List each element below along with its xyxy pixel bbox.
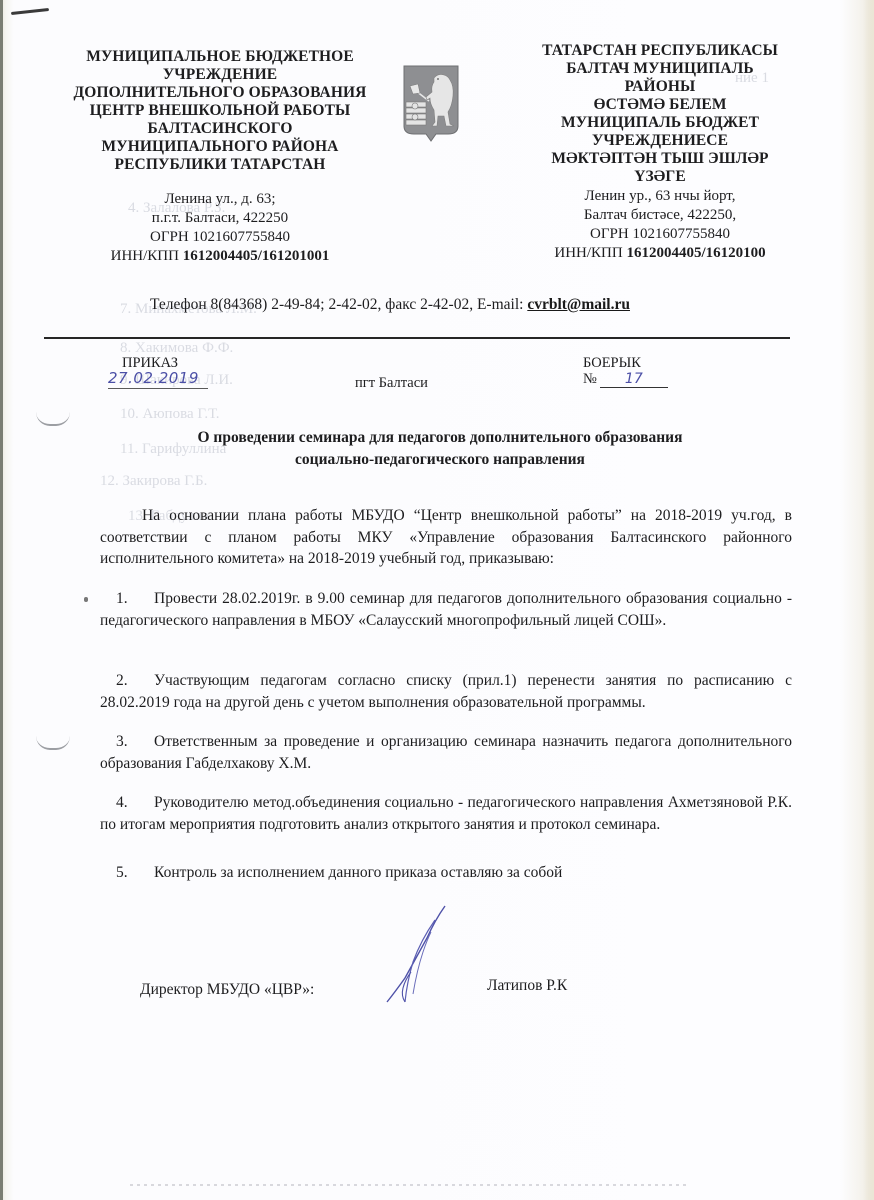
org-name-line: МУНИЦИПАЛЬНОЕ БЮДЖЕТНОЕ bbox=[40, 48, 400, 66]
scan-staple-mark bbox=[11, 8, 49, 15]
org-name-line: УЧРЕЖДЕНИЕСЕ bbox=[510, 132, 810, 150]
org-name-line: ҮЗӘГЕ bbox=[510, 168, 810, 186]
title-line: О проведении семинара для педагогов допо… bbox=[130, 427, 750, 449]
item-number: 2. bbox=[100, 670, 138, 692]
order-item-2: 2.Участвующим педагогам согласно списку … bbox=[100, 670, 792, 713]
address-line: Балтач бистәсе, 422250, bbox=[510, 206, 810, 225]
scanned-page: 4. Залалова Р.З. 7. Минахметова Л.М. 8. … bbox=[0, 0, 874, 1200]
org-name-line: РЕСПУБЛИКИ ТАТАРСТАН bbox=[40, 156, 400, 174]
org-address: Ленина ул., д. 63; п.г.т. Балтаси, 42225… bbox=[40, 190, 400, 266]
item-number: 5. bbox=[100, 862, 138, 884]
item-text: Участвующим педагогам согласно списку (п… bbox=[100, 672, 792, 711]
order-item-5: 5.Контроль за исполнением данного приказ… bbox=[100, 862, 792, 884]
scan-bottom-noise bbox=[130, 1184, 690, 1186]
inn-label: ИНН/КПП bbox=[554, 245, 626, 261]
org-name-line: МӘКТӘПТӘН ТЫШ ЭШЛӘР bbox=[510, 150, 810, 168]
order-number: №17 bbox=[583, 371, 668, 388]
signatory-role: Директор МБУДО «ЦВР»: bbox=[140, 981, 314, 999]
scan-left-edge bbox=[0, 0, 3, 1200]
header-right-tatar: ТАТАРСТАН РЕСПУБЛИКАСЫ БАЛТАЧ МУНИЦИПАЛЬ… bbox=[510, 42, 810, 263]
punch-hole-mark bbox=[36, 736, 70, 750]
signatory-name: Латипов Р.К bbox=[487, 977, 567, 995]
org-name-line: ДОПОЛНИТЕЛЬНОГО ОБРАЗОВАНИЯ bbox=[40, 84, 400, 102]
order-item-1: 1.Провести 28.02.2019г. в 9.00 семинар д… bbox=[100, 588, 792, 631]
item-text: Руководителю метод.объединения социально… bbox=[100, 794, 792, 833]
scan-speck bbox=[84, 597, 88, 602]
order-item-3: 3.Ответственным за проведение и организа… bbox=[100, 731, 792, 774]
org-name-line: ӨСТӘМӘ БЕЛЕМ bbox=[510, 96, 810, 114]
inn-value: 1612004405/16120100 bbox=[626, 245, 765, 261]
org-name-line: ТАТАРСТАН РЕСПУБЛИКАСЫ bbox=[510, 42, 810, 60]
ogrn-line: ОГРН 1021607755840 bbox=[40, 228, 400, 247]
contact-line: Телефон 8(84368) 2-49-84; 2-42-02, факс … bbox=[150, 296, 630, 314]
org-name-line: ЦЕНТР ВНЕШКОЛЬНОЙ РАБОТЫ bbox=[40, 102, 400, 120]
org-address: Ленин ур., 63 нчы йорт, Балтач бистәсе, … bbox=[510, 187, 810, 263]
bleed-through-text: 10. Аюпова Г.Т. bbox=[120, 406, 220, 423]
order-item-4: 4.Руководителю метод.объединения социаль… bbox=[100, 792, 792, 835]
org-name-line: УЧРЕЖДЕНИЕ bbox=[40, 66, 400, 84]
inn-value: 1612004405/161201001 bbox=[183, 248, 330, 264]
title-line: социально-педагогического направления bbox=[130, 449, 750, 471]
inn-label: ИНН/КПП bbox=[111, 248, 183, 264]
item-text: Ответственным за проведение и организаци… bbox=[100, 733, 792, 772]
ogrn-line: ОГРН 1021607755840 bbox=[510, 225, 810, 244]
org-name-line: МУНИЦИПАЛЬНОГО РАЙОНА bbox=[40, 138, 400, 156]
coat-of-arms-bear-with-axe-icon bbox=[402, 64, 460, 142]
address-line: Ленин ур., 63 нчы йорт, bbox=[510, 187, 810, 206]
order-place: пгт Балтаси bbox=[355, 375, 428, 392]
org-name-line: БАЛТАЧ МУНИЦИПАЛЬ bbox=[510, 60, 810, 78]
address-line: Ленина ул., д. 63; bbox=[40, 190, 400, 209]
order-number-handwritten: 17 bbox=[600, 371, 668, 388]
inn-line: ИНН/КПП 1612004405/16120100 bbox=[510, 244, 810, 263]
scan-right-edge bbox=[864, 0, 874, 1200]
item-number: 3. bbox=[100, 731, 138, 753]
item-text: Контроль за исполнением данного приказа … bbox=[154, 864, 562, 881]
item-number: 1. bbox=[100, 588, 138, 610]
order-label-tt: БОЕРЫК bbox=[583, 355, 641, 372]
document-title: О проведении семинара для педагогов допо… bbox=[130, 427, 750, 471]
org-name-line: РАЙОНЫ bbox=[510, 78, 810, 96]
header-divider bbox=[44, 337, 790, 339]
contact-phones: Телефон 8(84368) 2-49-84; 2-42-02, факс … bbox=[150, 296, 527, 313]
item-text: Провести 28.02.2019г. в 9.00 семинар для… bbox=[100, 590, 792, 629]
handwritten-signature-icon bbox=[355, 900, 465, 1010]
bleed-through-text: 12. Закирова Г.Б. bbox=[100, 473, 207, 490]
header-left-russian: МУНИЦИПАЛЬНОЕ БЮДЖЕТНОЕ УЧРЕЖДЕНИЕ ДОПОЛ… bbox=[40, 48, 400, 266]
order-date-handwritten: 27.02.2019 bbox=[108, 369, 208, 389]
punch-hole-mark bbox=[36, 412, 70, 426]
org-name-line: БАЛТАСИНСКОГО bbox=[40, 120, 400, 138]
number-sign: № bbox=[583, 371, 597, 387]
contact-email-link[interactable]: cvrblt@mail.ru bbox=[527, 296, 630, 313]
address-line: п.г.т. Балтаси, 422250 bbox=[40, 209, 400, 228]
item-number: 4. bbox=[100, 792, 138, 814]
org-name-line: МУНИЦИПАЛЬ БЮДЖЕТ bbox=[510, 114, 810, 132]
inn-line: ИНН/КПП 1612004405/161201001 bbox=[40, 247, 400, 266]
preamble-paragraph: На основании плана работы МБУДО “Центр в… bbox=[100, 505, 792, 570]
